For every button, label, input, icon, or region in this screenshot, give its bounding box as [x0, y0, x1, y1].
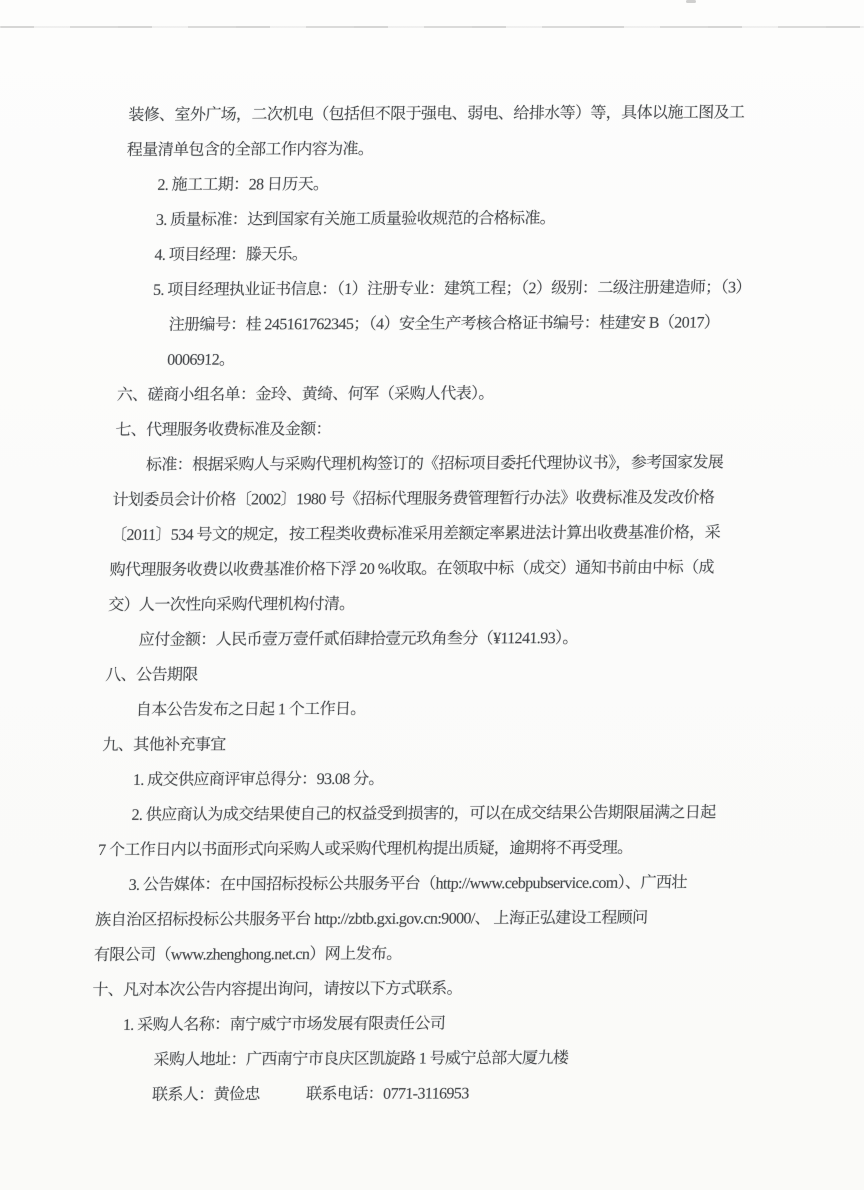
document-line: 标准：根据采购人与采购代理机构签订的《招标项目委托代理协议书》，参考国家发展: [145, 445, 760, 483]
document-line: 七、代理服务收费标准及金额：: [115, 410, 762, 448]
document-line: 装修、室外广场，二次机电（包括但不限于强电、弱电、给排水等）等，具体以施工图及工: [128, 95, 775, 133]
document-page: 装修、室外广场，二次机电（包括但不限于强电、弱电、给排水等）等，具体以施工图及工…: [0, 0, 864, 1190]
document-line: 3. 质量标准：达到国家有关施工质量验收规范的合格标准。: [155, 200, 770, 238]
document-line: 3. 公告媒体：在中国招标投标公共服务平台（http://www.cebpubs…: [128, 865, 743, 903]
document-line: 计划委员会计价格〔2002〕1980 号《招标代理服务费管理暂行办法》收费标准及…: [112, 480, 759, 518]
document-line: 7 个工作日内以书面形式向采购人或采购代理机构提出质疑，逾期将不再受理。: [97, 830, 744, 868]
document-line: 〔2011〕534 号文的规定，按工程类收费标准采用差额定率累进法计算出收费基准…: [110, 515, 757, 553]
document-line: 应付金额：人民币壹万壹仟贰佰肆拾壹元玖角叁分（¥11241.93）。: [138, 620, 753, 658]
document-body: 装修、室外广场，二次机电（包括但不限于强电、弱电、给排水等）等，具体以施工图及工…: [87, 95, 774, 1113]
document-line: 4. 项目经理：滕天乐。: [154, 235, 769, 273]
document-line: 族自治区招标投标公共服务平台 http://zbtb.gxi.gov.cn:90…: [95, 900, 742, 938]
document-line: 0006912。: [167, 340, 765, 378]
document-line: 十、凡对本次公告内容提出询问，请按以下方式联系。: [92, 970, 739, 1008]
scan-artifact-line: [0, 26, 864, 28]
document-line: 九、其他补充事宜: [102, 725, 749, 763]
document-line: 注册编号：桂 245161762345；（4）安全生产考核合格证书编号：桂建安 …: [168, 305, 766, 343]
document-line: 1. 采购人名称：南宁威宁市场发展有限责任公司: [122, 1005, 737, 1043]
document-line: 自本公告发布之日起 1 个工作日。: [135, 690, 750, 728]
document-line: 六、磋商小组名单：金玲、黄绮、何军（采购人代表）。: [116, 375, 763, 413]
document-line: 购代理服务收费以收费基准价格下浮 20 %收取。在领取中标（成交）通知书前由中标…: [109, 550, 756, 588]
document-line: 程量清单包含的全部工作内容为准。: [126, 130, 773, 168]
document-line: 1. 成交供应商评审总得分：93.08 分。: [132, 760, 747, 798]
document-line: 5. 项目经理执业证书信息：（1）注册专业：建筑工程；（2）级别：二级注册建造师…: [152, 270, 767, 308]
document-line: 采购人地址：广西南宁市良庆区凯旋路 1 号威宁总部大厦九楼: [153, 1040, 736, 1078]
scan-artifact-smudge: [686, 0, 696, 3]
document-line: 有限公司（www.zhenghong.net.cn）网上发布。: [93, 935, 740, 973]
document-line: 联系人：黄俭忠 联系电话：0771-3116953: [151, 1075, 734, 1113]
document-line: 2. 供应商认为成交结果使自己的权益受到损害的，可以在成交结果公告期限届满之日起: [131, 795, 746, 833]
scanned-document-screenshot: { "page": { "background_color": "#fbfbfa…: [0, 0, 864, 1190]
document-line: 2. 施工工期：28 日历天。: [157, 165, 772, 203]
document-line: 交）人一次性向采购代理机构付清。: [107, 585, 754, 623]
document-line: 八、公告期限: [105, 655, 752, 693]
